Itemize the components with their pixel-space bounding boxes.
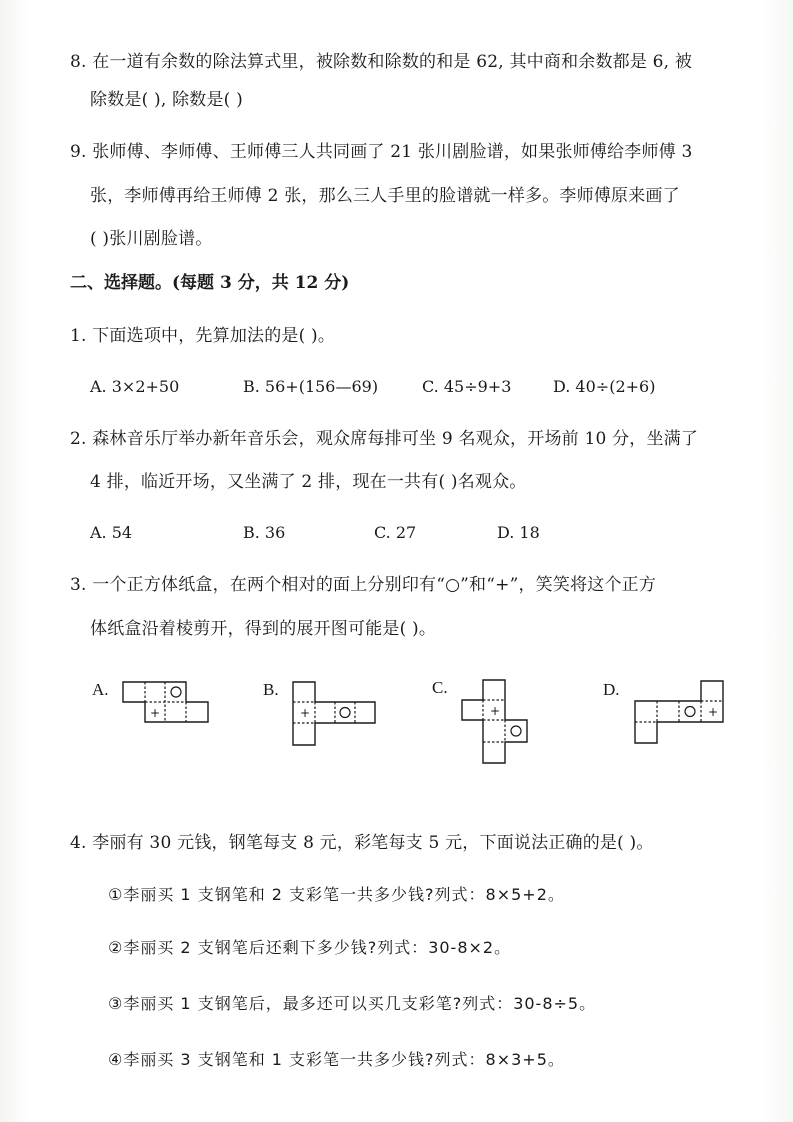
plus-mark-icon: + [708,705,718,719]
mc-question-4-statement-2: ②李丽买 2 支钢笔后还剩下多少钱?列式：30-8×2。 [108,937,511,959]
mc-question-4-stem: 4. 李丽有 30 元钱，钢笔每支 8 元，彩笔每支 5 元，下面说法正确的是(… [70,832,654,854]
circle-mark-icon [685,707,695,717]
mc-question-4-statement-4: ④李丽买 3 支钢笔和 1 支彩笔一共多少钱?列式：8×3+5。 [108,1049,565,1071]
mc-question-4-statement-3: ③李丽买 1 支钢笔后，最多还可以买几支彩笔?列式：30-8÷5。 [108,993,596,1015]
mc-question-4-statement-1: ①李丽买 1 支钢笔和 2 支彩笔一共多少钱?列式：8×5+2。 [108,884,565,906]
cube-net-d-diagram: + [0,0,793,800]
